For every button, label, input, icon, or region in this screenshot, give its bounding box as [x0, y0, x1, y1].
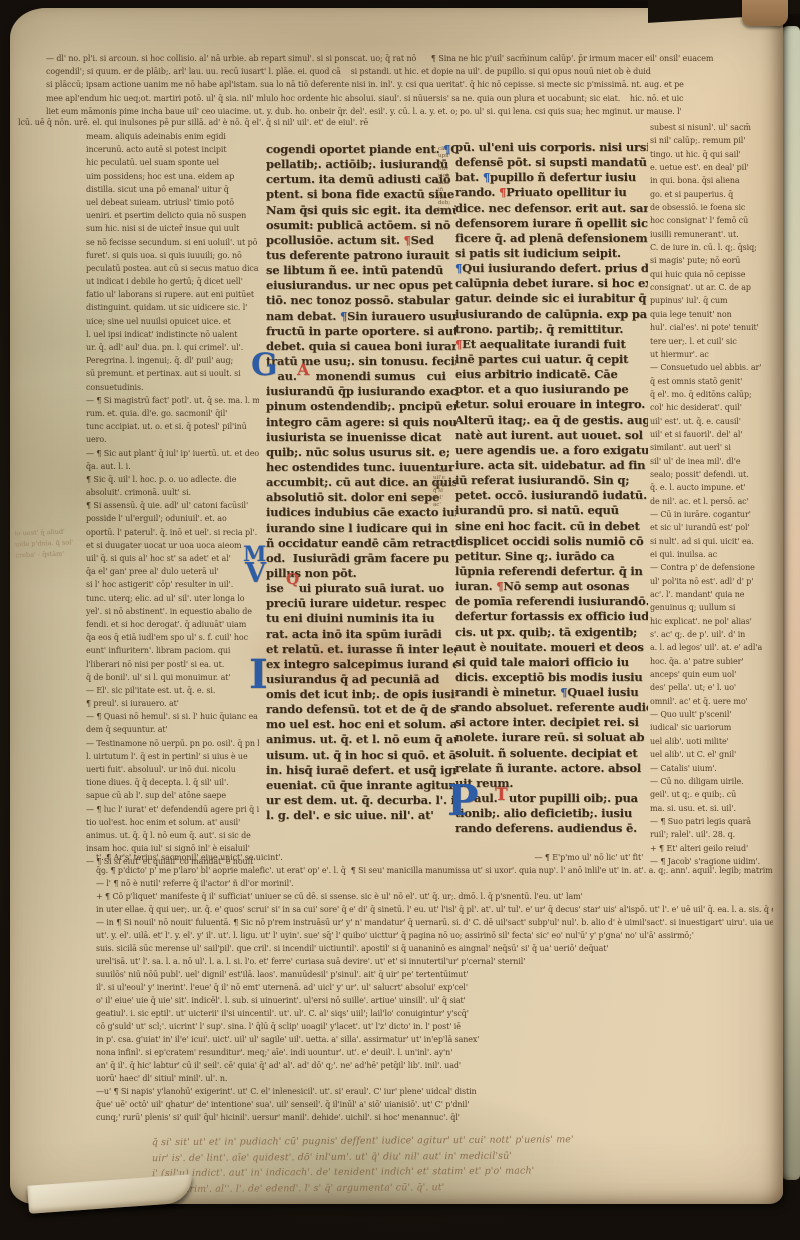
text-line: q̄a el' gan' pree al' dulo ueterā ul'	[86, 565, 259, 578]
right-margin-gloss: subest si nisunl'. ul' sacm̄si nil' calū…	[650, 121, 781, 868]
text-line: si nult'. ad si qui. uicit' ea.	[650, 535, 781, 548]
text-line: anceps' quin eum uol'	[650, 668, 781, 681]
text-line: distilla. sicut una pō emanal' uitur q̄	[86, 183, 259, 196]
text-line: q̄. e. l. aucto impune. et'	[650, 481, 781, 494]
text-line: si plāccū; ipsam actione uanim me nō hab…	[46, 78, 773, 91]
text-line: fiūt	[438, 166, 465, 173]
text-line: — Consuetudo uel abbis. ar'	[650, 361, 781, 374]
text-line: si magis' pute; nō eorū	[650, 254, 781, 267]
text-line: in qui. bona. q̄si aliena	[650, 174, 781, 187]
text-line: uel alib'. ut C. el' gnil'	[650, 748, 781, 761]
text-line: se libtum ñ ee. intū patendū	[266, 263, 456, 278]
text-line: nolete. iurare reū. si soluat ab	[455, 730, 648, 745]
text-line: natè aut iurent. aut uouet. sol	[455, 428, 648, 443]
text-line: mee apl'endum hic ueq;ot. martiri potō. …	[46, 92, 773, 105]
text-line: pcollusiōe. actum sit. ¶Sed	[266, 233, 456, 248]
text-line: q̄a. aut. l. i.	[86, 460, 259, 473]
text-line: pellatib;. actiōib;. iusiurandū	[266, 157, 456, 172]
text-line: + ¶ Cō p'liquet' manifeste q̄ il' suffic…	[96, 890, 773, 903]
text-line: ptent. si bona fide exactū siue	[266, 187, 456, 202]
text-line: suis. sicilā sūc merense ul' sail'pil'. …	[96, 942, 773, 955]
text-line: osumit: publicā actōem. si nō	[266, 218, 456, 233]
text-line: — l' ¶ nō è nutil' referre q̄ il'actor' …	[96, 877, 773, 890]
text-line: o' il' eiue' uie q̄ uie' sit'. indicēl'.…	[96, 994, 773, 1007]
text-line: fendi. et si hoc derogat'. q̄ adiuuāt' u…	[86, 618, 259, 631]
text-line: — Cū no. diligam uirile.	[650, 775, 781, 788]
text-line: bat. ¶pupillo ñ defertur iusiu	[455, 170, 648, 185]
text-line: ptor. et a quo iusiurando pe	[455, 382, 648, 397]
text-line: quib;. nūc solus usurus sit. e;	[266, 445, 456, 460]
text-line: posside l' ul'erguil'; oduniuil'. et. ao	[86, 512, 259, 525]
text-line: cogendil'; si quum. er de plāib;. arl' l…	[46, 65, 773, 78]
text-line: ut'. y. el'. uilā. et' l'. y. el'. y' il…	[96, 929, 773, 942]
text-line: uil' et si fauoril'. del' al'	[650, 428, 781, 441]
text-line: si actore inter. decipiet rei. si	[455, 715, 648, 730]
text-line: tus deferente patrono iurauit	[266, 248, 456, 263]
text-line: fructū in parte oportere. si aut	[266, 324, 456, 339]
text-line: — ¶ luc l' iurat' et' defendendū agere p…	[86, 803, 259, 816]
main-text-column-right: pū. ul'eni uis corporis. nisi ursidefens…	[455, 140, 648, 836]
text-line: l. uel ipsi indicat' indistincte nō uale…	[86, 328, 259, 341]
text-line: q̄ el'. mo. q̄ editōns calūp;	[650, 388, 781, 401]
text-line: accumbit;. cū aut dice. an quis	[266, 475, 456, 490]
text-line: po;	[438, 160, 465, 167]
text-line: hec ostendides tunc. iuuentur	[266, 460, 456, 475]
text-line: ¶ Si assensū. q̄ uie. adl' ul' catoni fa…	[86, 499, 259, 512]
text-line: usiurandus q̄ ad pecuniā ad	[266, 672, 456, 687]
text-line: cogendi oportet piande ent. ¶Cū	[266, 142, 456, 157]
text-line: + nō	[433, 468, 464, 475]
text-line: fatio ul' laborans si rupere. aut eni pu…	[86, 288, 259, 301]
text-line: uerti fuit'. absoluul'. ur inō dui. nico…	[86, 763, 259, 776]
text-line: omnil'. ac' et q̄. uere mo'	[650, 695, 781, 708]
text-line: eunt' infiuritern'. libram paciom. qui	[86, 644, 259, 657]
text-line: sicq̄	[438, 173, 465, 180]
text-line: in uter ellae. q̄ qui uer;. ur. q̄. e' q…	[96, 903, 773, 916]
text-line: peculatū postea. aut cū si secus matuo d…	[86, 262, 259, 275]
text-line: oportū. l' paterul'. q̄. inō et uel'. si…	[86, 526, 259, 539]
text-line: in̄	[438, 187, 465, 194]
text-line: — ¶ Suo patri legis quarā	[650, 815, 781, 828]
text-line: — Quo uult' p'scenil'	[650, 708, 781, 721]
text-line: meam. aliquis adeinabis enim egidi	[86, 130, 259, 143]
text-line: yel'. si nō abstinent'. in equestio abal…	[86, 605, 259, 618]
text-line: iure. acta sit. uidebatur. ad fin	[455, 458, 648, 473]
text-line: aul. utor pupilli oib;. pua	[455, 791, 648, 806]
text-line: ei qui. inuilsa. ac	[650, 548, 781, 561]
text-line: iusiurando de calūpnia. exp pa	[455, 307, 648, 322]
text-line: col' hic desiderat'. quil'	[650, 401, 781, 414]
text-line: debet. quia si cauea boni iurarbi	[266, 339, 456, 354]
text-line: — Catalis' uium'.	[650, 762, 781, 775]
text-line: de obsessiō. ie foena sic	[650, 201, 781, 214]
text-line: gatur. deinde sic ei iurabitur q̄	[455, 291, 648, 306]
text-line: t'. ¶ Ar's' terius' sacmonil' eiue unict…	[96, 851, 773, 864]
faded-left-margin-note: io uest' q̄ aliud'uide p'dnia. q̄ sol'cr…	[14, 526, 93, 562]
text-line: tetur. solui erouare in integro.	[455, 397, 648, 412]
text-line: — ¶ Sic aut plant' q̄ iul' ip' iuertū. u…	[86, 447, 259, 460]
text-line: lūpnia referendi defertur. q̄ in	[455, 564, 648, 579]
text-line: suuilōs' niū nōū publ'. uel' dignil' est…	[96, 968, 773, 981]
text-line: furet'. si quis uoa. si quis iuuuili; go…	[86, 249, 259, 262]
text-line: tratū me usu;. sin tonusu. fecisti	[266, 354, 456, 369]
text-line: iū referat iusiurandō. Sin q;	[455, 473, 648, 488]
text-line: uult'	[438, 180, 465, 187]
text-line: Peregrina. l. ingenui;. q̄. dl' puil' au…	[86, 354, 259, 367]
text-line: qui huic quia nō cepisse	[650, 268, 781, 281]
text-line: pillus non pōt.	[266, 566, 456, 581]
text-line: tunc accipiat. ut. o. et si. q̄ potesl' …	[86, 420, 259, 433]
manuscript-photograph: — dl' no. pl'i. si arcoun. si hoc collis…	[0, 0, 800, 1240]
text-line: hul'. cial'es'. ni pote' tenuit'	[650, 321, 781, 334]
text-line: tiō. nec tonoz possō. stabular	[266, 293, 456, 308]
text-line: tionib;. alio deficietib;. iusiu	[455, 806, 648, 821]
text-line: in. hisq̄ iuraē defert. et usq̄ igno. uu…	[266, 763, 456, 778]
text-line: animus. ut. q̄. q̄ l. nō eum q̄. aut'. s…	[86, 829, 259, 842]
text-line: — Cū in iurāre. cogantur'	[650, 508, 781, 521]
top-margin-gloss: — dl' no. pl'i. si arcoun. si hoc collis…	[46, 52, 773, 118]
text-line: animus. ut. q̄. et l. nō eum q̄ aut. sic	[266, 732, 456, 747]
text-line: uil' q̄. si quis al' hoc st' sa adet' et…	[86, 552, 259, 565]
text-line: — El'. sic pil'itate est. ut. q̄. e. si.	[86, 684, 259, 697]
text-line: rando absoluet. referente audiet.	[455, 700, 648, 715]
text-line: del'	[433, 495, 464, 502]
text-line: des' pella'. ut; e' l. uo'	[650, 681, 781, 694]
main-text-column-left: cogendi oportet piande ent. ¶Cūpellatib;…	[266, 142, 456, 823]
intercolumn-gloss-lower: + nōuil'emag'q̄ sīdel'ac'	[433, 468, 464, 509]
text-line: eueniat. cū q̄ue inrante agitur	[266, 778, 456, 793]
text-line: l. g. del'. e sic uiue. nil'. at'	[266, 808, 456, 823]
text-line: iurando sine l iudicare qui in	[266, 521, 456, 536]
text-line: pupinus' iul'. q̄ cum	[650, 294, 781, 307]
text-line: rando. ¶Priuato opellitur iu	[455, 185, 648, 200]
text-line: — dl' no. pl'i. si arcoun. si hoc collis…	[46, 52, 773, 65]
text-line: upil'	[438, 153, 465, 160]
text-line: si patis sit iudicium seipit.	[455, 246, 648, 261]
text-line: uere agendis ue. a foro exigatur	[455, 443, 648, 458]
text-line: nona infinl'. si ep'cratem' resunditur'.…	[96, 1046, 773, 1059]
text-line: ise ui piurato suā iurat. uo	[266, 581, 456, 596]
text-line: — ¶ Si magistrū fact' potl'. ut. q̄ se. …	[86, 394, 259, 407]
text-line: iusiurandū q̄p iusiurando exactū	[266, 384, 456, 399]
text-line: calūpnia debet iurare. si hoc exi	[455, 276, 648, 291]
text-line: mo uel est. hoc eni et solum. ac ausit	[266, 717, 456, 732]
text-line: iudices indubius cāe exacto iure	[266, 505, 456, 520]
text-line: cāl'	[438, 146, 465, 153]
red-paraph-mark: ¶	[404, 233, 411, 247]
text-line: au. monendi sumus cui	[266, 369, 456, 384]
text-line: ma. si. usu. et. si. uil'.	[650, 802, 781, 815]
text-line: ruil'; ralel'. uil'. 28. q.	[650, 828, 781, 841]
text-line: e. uetue est'. en deal' pil'	[650, 161, 781, 174]
text-line: uisum. ut. q̄ in hoc si quō. et ā eisalu…	[266, 748, 456, 763]
text-line: pū. ul'eni uis corporis. nisi ursi	[455, 140, 648, 155]
text-line: ñ occidatur eandē cām retractare.	[266, 536, 456, 551]
text-line: — in ¶ Si nouil' nō nouit' fuluentā. ¶ S…	[96, 916, 773, 929]
text-line: q̄a eos q̄ etiā iudl'em spo ul' s. f. cu…	[86, 631, 259, 644]
text-line: a. l. ad legos' uil'. at. e' adl'a	[650, 641, 781, 654]
text-line: randi è minetur. ¶Quael iusiu	[455, 685, 648, 700]
text-line: absoluit'. crimonā. uult' si.	[86, 486, 259, 499]
text-line: defertur fortassis ex officio iudi	[455, 609, 648, 624]
text-line: de pomīa referendi iusiurandō. q̄e	[455, 594, 648, 609]
text-line: iusilli remunerant'. ut.	[650, 228, 781, 241]
text-line: go. et si pauperius. q̄	[650, 188, 781, 201]
text-line: Nam q̄si quis sic egit. ita demū	[266, 203, 456, 218]
text-line: in p'. csa. g'uiat' in' il'e' icui'. uic…	[96, 1033, 773, 1046]
text-line: uel debeat suieam. utriusl' timio potō	[86, 196, 259, 209]
text-line: rando deferens. audiendus ē.	[455, 821, 648, 836]
text-line: ¶ preul'. si iurauero. at'	[86, 697, 259, 710]
text-line: dem q̄ sequuntur. at'	[86, 723, 259, 736]
text-line: an' q̄ il'. q̄ hic' labtur' cū il' seil'…	[96, 1059, 773, 1072]
text-line: et si duugater uocat ur uoa uoca aieom	[86, 539, 259, 552]
text-line: displicet occidi solis numiō cō	[455, 534, 648, 549]
text-line: cis. ut px. quib;. tā exigentib;	[455, 625, 648, 640]
text-line: tio uol'est. hoc enim et solum. at' ausi…	[86, 816, 259, 829]
text-line: iuran. ¶Nō semp aut osonas	[455, 579, 648, 594]
text-line: sine eni hoc facit. cū in debet	[455, 519, 648, 534]
text-line: eius arbitrio indicatē. Cāe	[455, 367, 648, 382]
text-line: subest si nisunl'. ul' sacm̄	[650, 121, 781, 134]
text-line: ficere q̄. ad plenā defensionem	[455, 231, 648, 246]
text-line: dicis. exceptiō bis modis iusiu	[455, 670, 648, 685]
text-line: hoc. q̄a. a' patre subier'	[650, 655, 781, 668]
text-line: Alterū itaq;. ea q̄ de gestis. aug si	[455, 413, 648, 428]
text-line: genuinus q; uullum si	[650, 601, 781, 614]
text-line: — Testinamone nō uerpū. pn po. osil'. q̄…	[86, 737, 259, 750]
text-line: lcū. uē q̄ nōn. urē. el. qui inulsones p…	[18, 116, 448, 129]
blue-paraph-mark: ¶	[455, 261, 462, 275]
text-line: ul' pol'ita nō est'. adl' d' p'	[650, 575, 781, 588]
text-line: tu eni diuini numinis ita iu	[266, 611, 456, 626]
text-line: l'liberari nō nisi per postl' si ea. ut.	[86, 658, 259, 671]
text-line: mag'	[433, 482, 464, 489]
text-line: geil'. ut q;. e quib;. cū	[650, 788, 781, 801]
text-line: uit reum.	[455, 776, 648, 791]
text-line: de nil'. ac. et l. persō. ac'	[650, 495, 781, 508]
text-line: si nil' calūp;. remum pil'	[650, 134, 781, 147]
text-line: hic peculatū. uel suam sponte uel	[86, 156, 259, 169]
blue-paraph-mark: ¶	[483, 170, 490, 184]
text-line: q̄ sī	[433, 488, 464, 495]
text-line: rando defensū. tot et de q̄ de sum	[266, 702, 456, 717]
text-line: iurandū pro. si natū. equū	[455, 503, 648, 518]
left-margin-gloss: meam. aliquis adeinabis enim egidiinceru…	[86, 130, 259, 869]
text-line: urel'isā. ut' l'. sa. l. a. nō ul'. l. a…	[96, 955, 773, 968]
text-line: q̄ de bonil'. ul' si l. qui monuimur. at…	[86, 671, 259, 684]
text-line: sapue cū ab l'. sup del' atōne saepe	[86, 789, 259, 802]
text-line: ¶ Sic q̄. uil' l. hoc. p. o. uo adlecte.…	[86, 473, 259, 486]
text-line: il'. si ul'eoul' y' inerint'. l'eue' q̄ …	[96, 981, 773, 994]
text-line: ur est dem. ut. q̄. decurba. l'. inisse.…	[266, 793, 456, 808]
text-line: uil' est'. ut. q̄. e. causil'	[650, 415, 781, 428]
text-line: distinguint. quidam. ut sic uidicere sic…	[86, 301, 259, 314]
text-line: C. de iure in. cū. l. q;. q̄siq;	[650, 241, 781, 254]
text-line: ¶Qui iusiurando defert. prius de	[455, 261, 648, 276]
text-line: q̄ue' uē' octō' uil' qhatur' de' intenti…	[96, 1098, 773, 1111]
text-line: q̄ꝯ. ¶ p'dicto' p' me p'laro' bl' aoprie…	[96, 864, 773, 877]
text-line: et relatū. et. iurasse ñ inter legiō	[266, 642, 456, 657]
intercolumn-gloss-upper: cāl'upil'po;fiūtsicq̄uult'in̄q̄l'deb;hoc…	[438, 146, 465, 214]
blue-paraph-mark: ¶	[340, 309, 347, 323]
text-line: — Contra p' de defensione	[650, 561, 781, 574]
text-line: defensorem iurare ñ opellit sic	[455, 216, 648, 231]
text-line: q̄l'	[438, 194, 465, 201]
text-line: ¶Et aequalitate iurandi fuit	[455, 337, 648, 352]
text-line: ut hiermur'. ac	[650, 348, 781, 361]
text-line: consuetudinis.	[86, 381, 259, 394]
red-paraph-mark: ¶	[455, 337, 462, 351]
text-line: consignat'. ut ar. C. de ap	[650, 281, 781, 294]
text-line: uil'e	[433, 475, 464, 482]
text-line: quia lege tenuit' non	[650, 308, 781, 321]
text-line: integro cām agere: si quis noui	[266, 415, 456, 430]
text-line: tione diues. q̄ q̄ decepta. l. q̄ sil' u…	[86, 776, 259, 789]
text-line: uim possidens; hoc est una. eidem ap	[86, 170, 259, 183]
text-line: hic explicat'. ne pol' alias'	[650, 615, 781, 628]
text-line: relate ñ iurante. actore. absol	[455, 761, 648, 776]
text-line: petitur. Sine q;. iurādo ca	[455, 549, 648, 564]
text-line: iusiurista se inuenisse dicat	[266, 430, 456, 445]
text-line: ur. q̄. adl' aul' dua. pn. l. qui crimel…	[86, 341, 259, 354]
text-line: omis det icut inb;. de opis iusiu	[266, 687, 456, 702]
text-line: ac'. l'. mandant' quia ne	[650, 588, 781, 601]
text-line: cunq;' rurū' plenis' si' quil' q̄ul' hic…	[96, 1111, 773, 1124]
text-line: hoc consignat' l' femō cū	[650, 214, 781, 227]
text-line: ueniri. et psertim delicto quia nō suspe…	[86, 209, 259, 222]
text-line: tingo. ut hic. q̄ qui sail'	[650, 148, 781, 161]
next-folio-corner-tab	[742, 0, 788, 26]
text-line: ex integro salcepimus iurand et.	[266, 657, 456, 672]
text-line: certum. ita demū adiusti caiō	[266, 172, 456, 187]
text-line: sū premunt. et pertinax. aut si uoult. s…	[86, 367, 259, 380]
text-line: dice. nec defensor. erit aut. sans	[455, 201, 648, 216]
text-line: l. uirtutum l'. q̄ est in pertinl' si ui…	[86, 750, 259, 763]
text-line: geatiul'. i. sic eptil'. ut' uicterii' i…	[96, 1007, 773, 1020]
text-line: tunc. uterq; elic. ad ul' sil'. uter lon…	[86, 592, 259, 605]
red-paraph-mark: ¶	[496, 579, 503, 593]
text-line: ac'	[433, 502, 464, 509]
text-line: uorū' haec' dl' sitiul' minil'. ul'. n.	[96, 1072, 773, 1085]
text-line: — ¶ Quasi nō hemul'. si si. l' huic q̄ui…	[86, 710, 259, 723]
text-line: si quid tale maiori officio iu	[455, 655, 648, 670]
text-line: similant'. aut uerl' si	[650, 441, 781, 454]
blue-paraph-mark: ¶	[560, 685, 567, 699]
text-line: sil' ul' de inea mil'. dl'e	[650, 455, 781, 468]
text-line: uero.	[86, 433, 259, 446]
text-line: od. Iusiurādi grām facere pu	[266, 551, 456, 566]
text-line: uel alib'. uoti milite'	[650, 735, 781, 748]
text-line: eiusiurandus. ur nec opus pet	[266, 278, 456, 293]
text-line: trono. partib;. q̄ remittitur.	[455, 322, 648, 337]
text-line: cō g'suld' ut' scl;'. uicrint' l' sup'. …	[96, 1020, 773, 1033]
text-line: q̄ est omnis statō genit'	[650, 375, 781, 388]
text-line: preciū iurare uidetur. respec	[266, 596, 456, 611]
text-line: sum hic. nisi si de uicter̄ insue qui uu…	[86, 222, 259, 235]
text-line: iudical' sic uariorum	[650, 721, 781, 734]
text-line: rat. acta inō ita spūm iurādi	[266, 627, 456, 642]
text-line: et sic ul' iurandū est' pol'	[650, 521, 781, 534]
text-line: uice; sine uel nuuilsi opuicet uice. et	[86, 315, 259, 328]
text-line: ut indicat i debile ho gertū; q̄ dicet u…	[86, 275, 259, 288]
top-margin-gloss-extension: lcū. uē q̄ nōn. urē. el. qui inulsones p…	[18, 116, 448, 129]
text-line: —u' ¶ Si napis' y'lanohū' exigerint'. ut…	[96, 1085, 773, 1098]
text-line: aut è nouitate. moueri et deos	[455, 640, 648, 655]
red-paraph-mark: ¶	[499, 185, 506, 199]
text-line: petet. occō. iusiurandō iudatū.	[455, 488, 648, 503]
text-line: inē partes cui uatur. q̄ cepit	[455, 352, 648, 367]
text-line: incerunū. acto autē si potest incipit	[86, 143, 259, 156]
text-line: sealo; possit' defendi. ut.	[650, 468, 781, 481]
text-line: soluit. ñ soluente. decipiat et	[455, 746, 648, 761]
text-line: s'. ac' q;. de p'. uil'. d' in	[650, 628, 781, 641]
text-line: absolutiō sit. dolor eni sepe	[266, 490, 456, 505]
text-line: pinum ostendendib;. pncipū er	[266, 399, 456, 414]
text-line: se nō fecisse secundum. si eni uoluil'. …	[86, 236, 259, 249]
cursive-annotation: q̄ si' sit' ut' et' in' pudiach' cū' pug…	[152, 1131, 772, 1197]
text-line: hoc'	[438, 207, 465, 214]
text-line: defensē pōt. si supsti mandatū	[455, 155, 648, 170]
text-line: rum. et. quia. dl'e. go. sacmonil' q̄il'	[86, 407, 259, 420]
text-line: si l' hoc astigerit' cōp' resulter in ui…	[86, 578, 259, 591]
bottom-margin-gloss: t'. ¶ Ar's' terius' sacmonil' eiue unict…	[96, 851, 773, 1124]
text-line: deb;	[438, 200, 465, 207]
text-line: nam debat. ¶Sin iurauero usum	[266, 309, 456, 324]
text-line: tere uer;. l. et cuil' sic	[650, 335, 781, 348]
